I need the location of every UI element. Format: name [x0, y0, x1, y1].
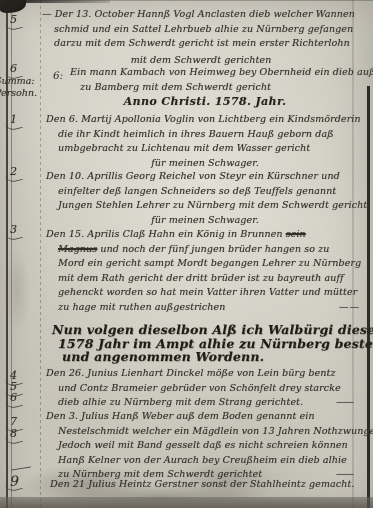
entry-line: zu hage mit ruthen außgestrichen — — [46, 301, 358, 316]
margin-number: 8 [10, 427, 17, 440]
heading-line: 1578 Jahr im Ampt alhie zu Nürnberg best… [52, 337, 357, 351]
margin-number: 6 [10, 62, 17, 75]
top-edge-thin-line [0, 0, 373, 1]
entry-line: Den 10. Aprillis Georg Reichel von Steyr… [46, 170, 364, 185]
diary-entry: Den 15. Aprilis Claß Hahn ein König in B… [46, 228, 364, 315]
line-end-dash: —— [336, 396, 353, 411]
entry-line: mit dem Rath gericht der dritt brüder is… [46, 272, 364, 287]
entry-line: einfelter deß langen Schneiders so deß T… [46, 185, 364, 200]
margin-divider-dotted [40, 0, 41, 508]
entry-line: zu Bamberg mit dem Schwerdt gericht [46, 81, 364, 96]
margin-number: 1 [10, 113, 17, 126]
margin-number: 2 [10, 165, 17, 178]
entry-line: gehenckt worden so hat mein Vatter ihren… [46, 286, 364, 301]
diary-entry: Den 3. Julius Hanß Weber auß dem Boden g… [46, 410, 364, 483]
margin-number: 3 [10, 223, 17, 236]
entry-line: — Der 13. October Hannß Vogl Anclasten d… [42, 8, 360, 23]
margin-number: 5 [10, 13, 17, 26]
entry-line: Mord ein gericht sampt Mordt begangen Le… [46, 257, 364, 272]
corner-stain-top-left [0, 0, 26, 13]
margin-number: 6 [10, 391, 17, 404]
margin-note-line: Summa: [0, 76, 35, 87]
entry-text: zu hage mit ruthen außgestrichen [58, 301, 225, 316]
entry-line: Den 6. Martij Apollonia Voglin von Licht… [46, 113, 364, 128]
strikethrough-text: sein [286, 229, 306, 240]
entry-line-centered: für meinen Schwager. [46, 157, 364, 172]
entry-line: Den 15. Aprilis Claß Hahn ein König in B… [46, 228, 364, 243]
diary-entry: Den 10. Aprillis Georg Reichel von Steyr… [46, 170, 364, 228]
entry-line: Den 3. Julius Hanß Weber auß dem Boden g… [46, 410, 364, 425]
heading-line: Nun volgen dieselbon Alß ich Walbürgi di… [52, 323, 357, 337]
margin-number: 9 [10, 474, 19, 490]
entry-line: Nestelschmidt welcher ein Mägdlein von 1… [46, 425, 364, 440]
entry-line: die ihr Kindt heimlich in ihres Bauern H… [46, 128, 364, 143]
entry-line-centered: für meinen Schwager. [46, 214, 364, 229]
entry-line: umbgebracht zu Lichtenau mit dem Wasser … [46, 142, 364, 157]
diary-entry: Den 26. Junius Lienhart Dinckel möße von… [46, 367, 364, 411]
entry-line: Ein mann Kambach von Heimweg bey Obernhe… [46, 66, 364, 81]
section-heading: Nun volgen dieselbon Alß ich Walbürgi di… [52, 323, 357, 364]
bottom-edge-band [0, 497, 373, 508]
entry-line: dieb alhie zu Nürnberg mit dem Strang ge… [46, 396, 353, 411]
entry-text: dieb alhie zu Nürnberg mit dem Strang ge… [58, 396, 303, 411]
entry-line: Magnus und noch der fünf jungen brüder h… [46, 243, 364, 258]
diary-entry: Den 21 Julius Heintz Gerstner sonst der … [50, 478, 368, 493]
entry-line: darzu mit dem Schwerdt gericht ist mein … [42, 37, 360, 52]
diary-entry: Den 6. Martij Apollonia Voglin von Licht… [46, 113, 364, 171]
margin-note-line: Persohn. [0, 88, 37, 99]
diary-entry: Ein mann Kambach von Heimweg bey Obernhe… [46, 66, 364, 110]
line-end-dash: — — [339, 301, 358, 316]
diary-entry: — Der 13. October Hannß Vogl Anclasten d… [42, 8, 360, 68]
entry-line: Den 21 Julius Heintz Gerstner sonst der … [50, 478, 368, 493]
entry-line: und Contz Brameier gebrüder von Schönfel… [46, 382, 364, 397]
right-edge-line [367, 86, 370, 508]
entry-line: Hanß Kelner von der Aurach bey Creußheim… [46, 454, 364, 469]
entry-text: und noch der fünf jungen brüder hangen s… [97, 244, 329, 255]
heading-line: und angenommen Wordenn. [52, 350, 357, 364]
anno-line: Anno Christi. 1578. Jahr. [46, 95, 364, 110]
strikethrough-text: Magnus [58, 244, 97, 255]
manuscript-page: 5 6 1 2 3 4 5 6 7 8 9 Summa: Persohn. 6:… [0, 0, 373, 508]
entry-line: Den 26. Junius Lienhart Dinckel möße von… [46, 367, 364, 382]
entry-text: Den 15. Aprilis Claß Hahn ein König in B… [46, 229, 286, 240]
entry-line: schmid und ein Sattel Lehrbueb alhie zu … [42, 23, 360, 38]
entry-line: Jedoch weil mit Band gesselt daß es nich… [46, 439, 364, 454]
entry-line: Jungen Stehlen Lehrer zu Nürnberg mit de… [46, 199, 364, 214]
margin-dash [11, 466, 31, 470]
